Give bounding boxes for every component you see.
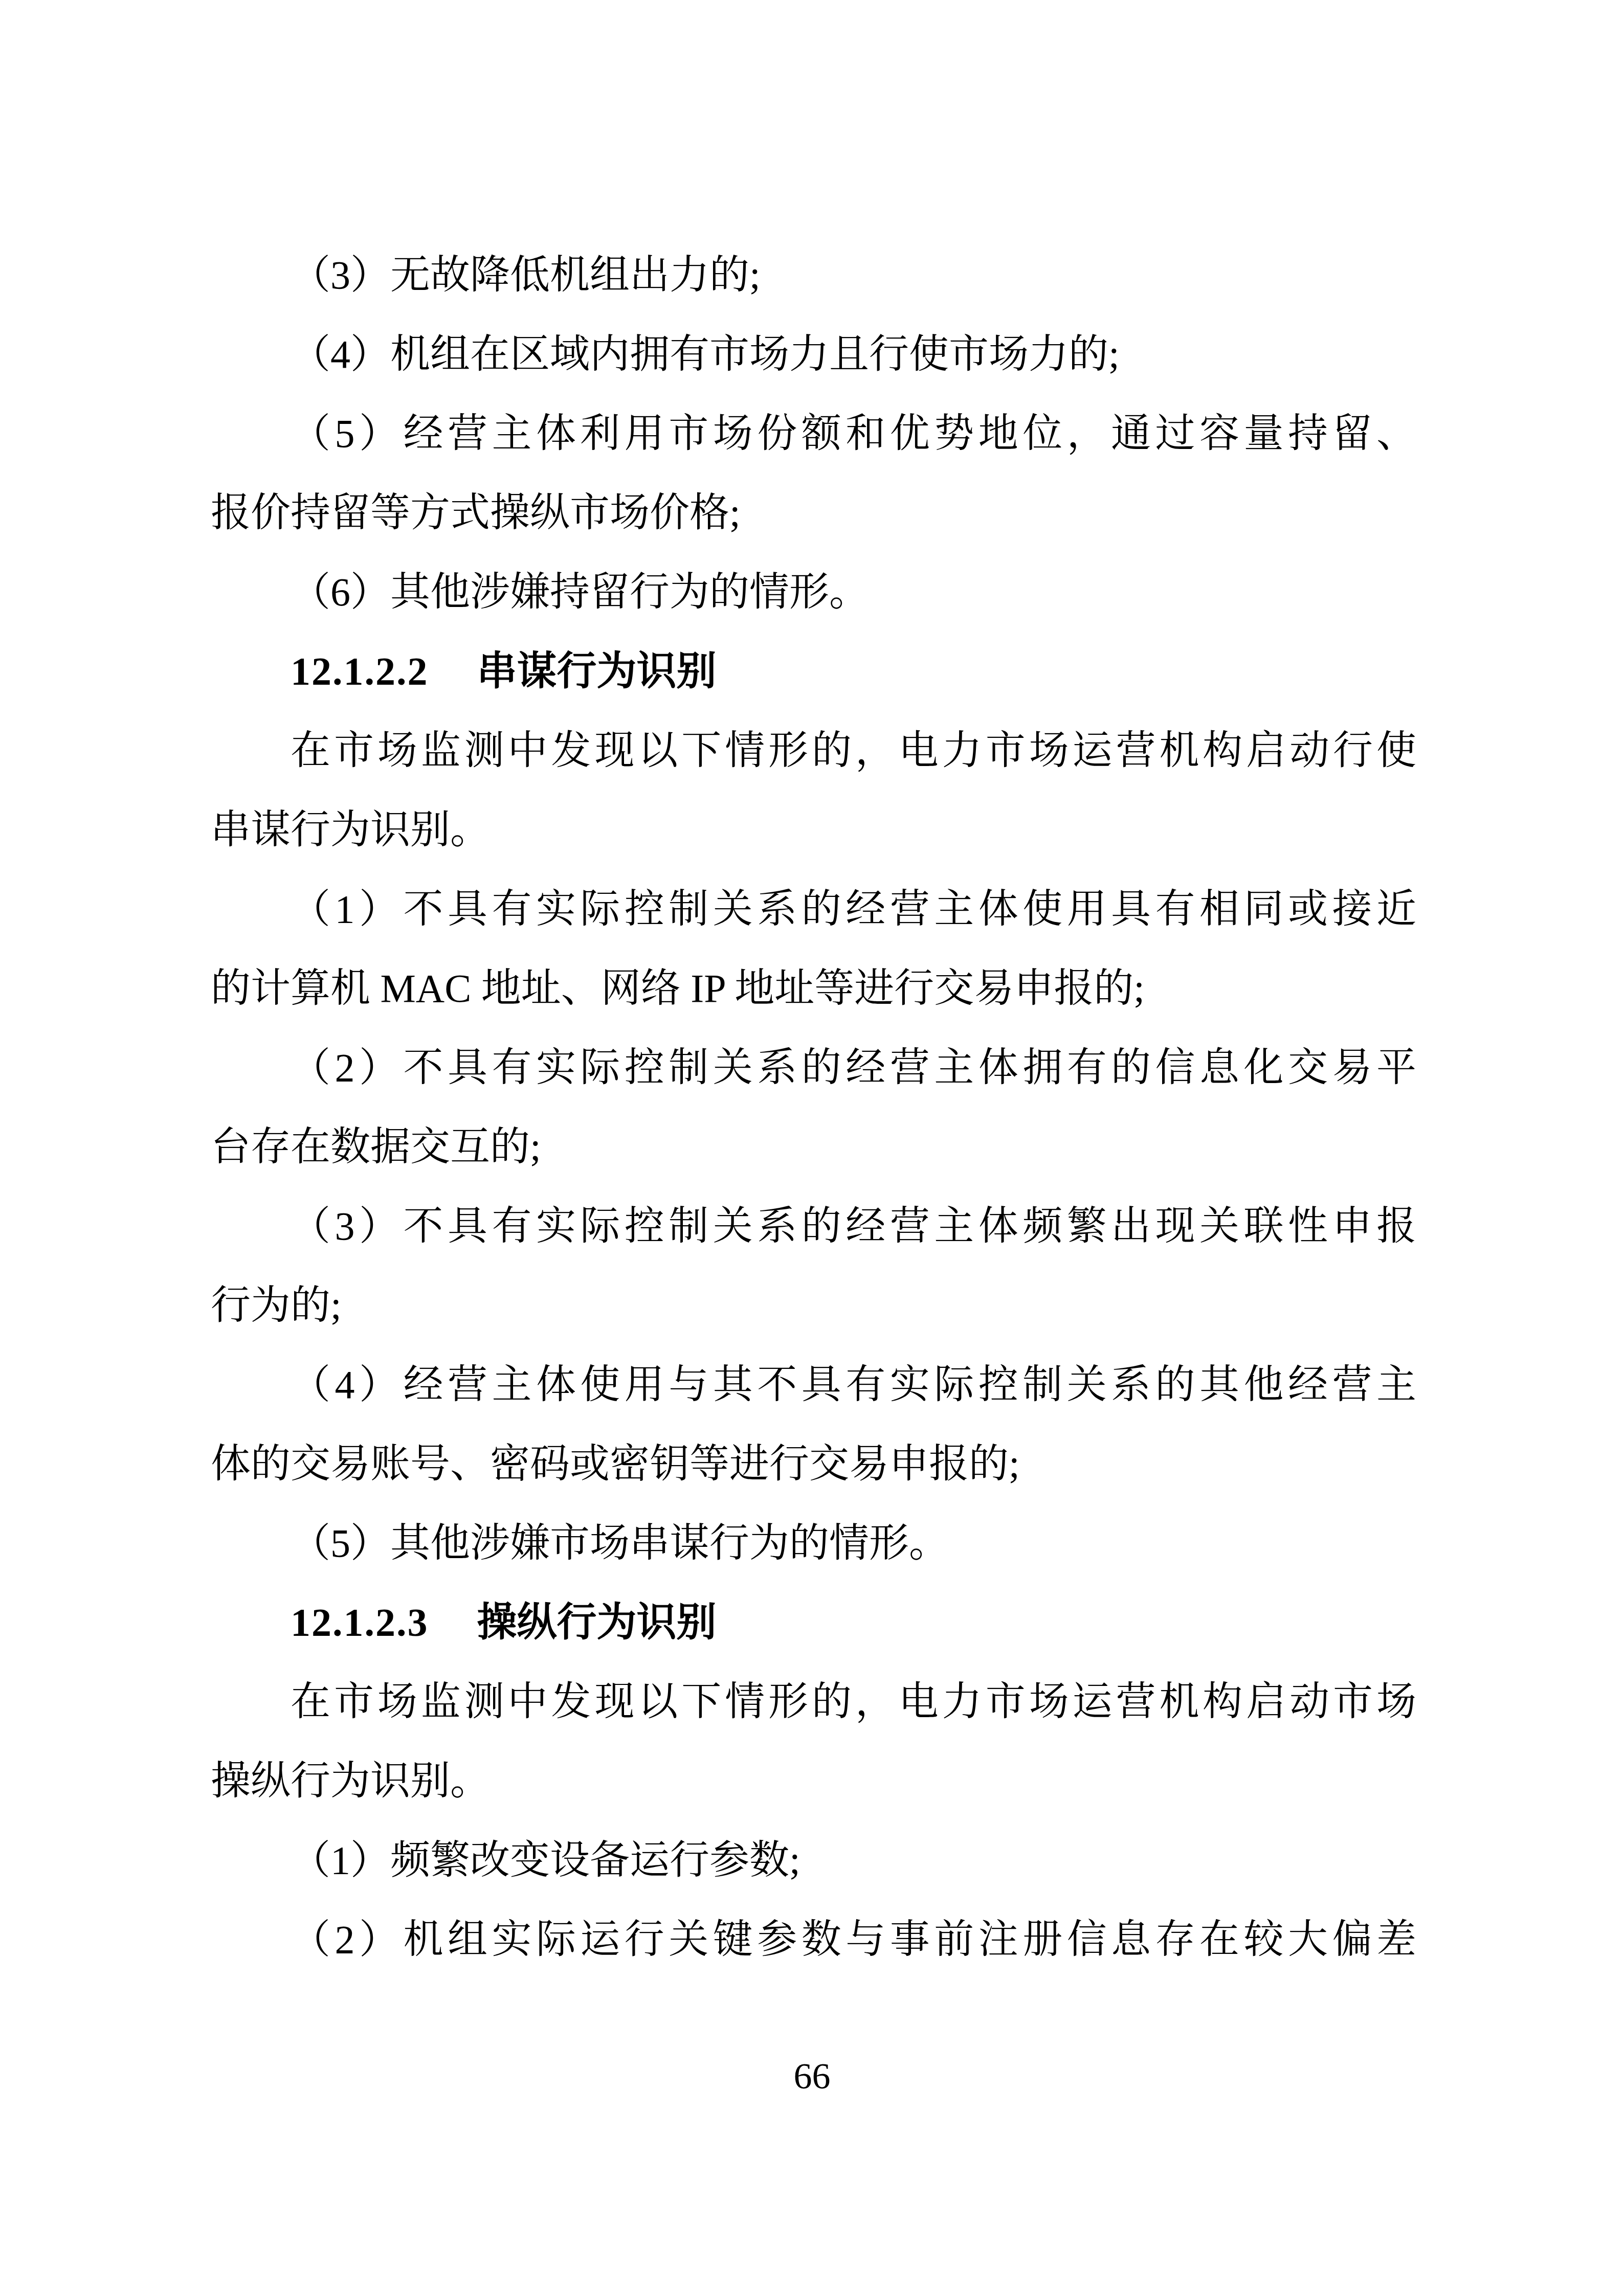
section-heading: 12.1.2.3操纵行为识别 [211,1583,1416,1662]
text-line: 行为的; [211,1266,1416,1345]
text-line: （2）不具有实际控制关系的经营主体拥有的信息化交易平 [211,1028,1416,1107]
text-line: （6）其他涉嫌持留行为的情形。 [211,552,1416,632]
text-line: 体的交易账号、密码或密钥等进行交易申报的; [211,1424,1416,1503]
text-line: 操纵行为识别。 [211,1741,1416,1820]
document-lines: （3）无故降低机组出力的;（4）机组在区域内拥有市场力且行使市场力的;（5）经营… [211,235,1416,1979]
text-line: 在市场监测中发现以下情形的，电力市场运营机构启动市场 [211,1662,1416,1741]
page-number: 66 [0,2046,1624,2106]
text-line: 的计算机 MAC 地址、网络 IP 地址等进行交易申报的; [211,949,1416,1028]
heading-title: 串谋行为识别 [477,648,717,693]
text-line: （4）机组在区域内拥有市场力且行使市场力的; [211,314,1416,394]
heading-number: 12.1.2.3 [291,1600,429,1645]
text-line: 在市场监测中发现以下情形的，电力市场运营机构启动行使 [211,711,1416,790]
text-line: （2）机组实际运行关键参数与事前注册信息存在较大偏差 [211,1900,1416,1979]
text-line: 台存在数据交互的; [211,1107,1416,1186]
heading-title: 操纵行为识别 [477,1600,717,1645]
section-heading: 12.1.2.2串谋行为识别 [211,632,1416,711]
text-line: （3）不具有实际控制关系的经营主体频繁出现关联性申报 [211,1186,1416,1266]
text-line: （5）其他涉嫌市场串谋行为的情形。 [211,1503,1416,1583]
text-line: 报价持留等方式操纵市场价格; [211,473,1416,552]
document-page: （3）无故降低机组出力的;（4）机组在区域内拥有市场力且行使市场力的;（5）经营… [0,0,1624,2296]
text-line: （3）无故降低机组出力的; [211,235,1416,314]
text-line: （5）经营主体利用市场份额和优势地位，通过容量持留、 [211,394,1416,473]
text-line: （1）频繁改变设备运行参数; [211,1820,1416,1900]
text-line: （4）经营主体使用与其不具有实际控制关系的其他经营主 [211,1345,1416,1424]
text-line: （1）不具有实际控制关系的经营主体使用具有相同或接近 [211,869,1416,949]
text-line: 串谋行为识别。 [211,790,1416,869]
heading-number: 12.1.2.2 [291,649,429,693]
